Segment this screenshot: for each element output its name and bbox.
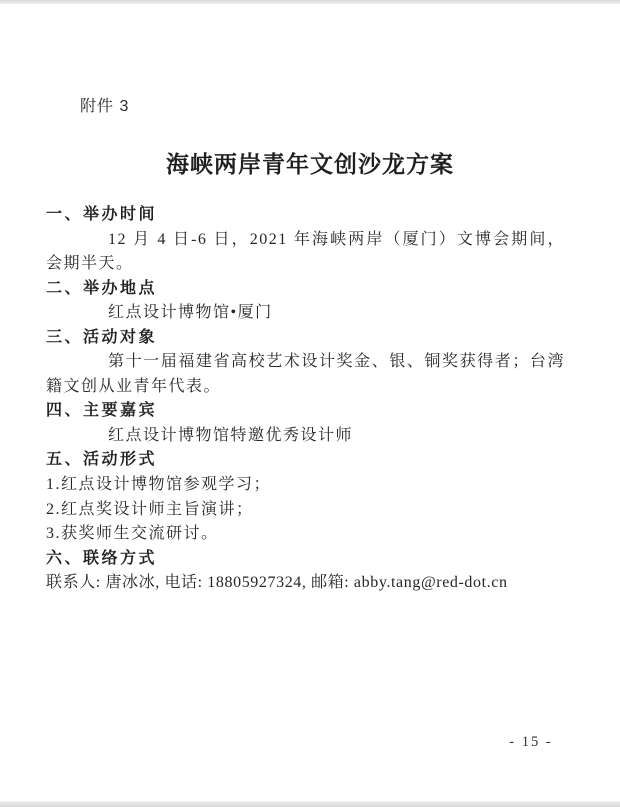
section-heading-2: 二、举办地点 (46, 277, 565, 302)
page-number: - 15 - (503, 734, 559, 751)
contact-line: 联系人: 唐冰冰, 电话: 18805927324, 邮箱: abby.tang… (46, 571, 565, 596)
document-body: 一、举办时间 12 月 4 日-6 日，2021 年海峡两岸（厦门）文博会期间，… (46, 203, 565, 596)
section-paragraph: 红点设计博物馆•厦门 (46, 301, 565, 326)
document-title: 海峡两岸青年文创沙龙方案 (0, 146, 620, 179)
scan-edge-top (0, 0, 620, 4)
attachment-label: 附件 3 (80, 93, 129, 116)
section-paragraph: 12 月 4 日-6 日，2021 年海峡两岸（厦门）文博会期间，会期半天。 (46, 228, 565, 277)
section-heading-1: 一、举办时间 (46, 203, 565, 228)
scan-edge-bottom (0, 801, 620, 807)
numbered-list-item: 2.红点奖设计师主旨演讲； (46, 498, 565, 523)
section-heading-4: 四、主要嘉宾 (46, 399, 565, 424)
section-heading-5: 五、活动形式 (46, 448, 565, 473)
scanned-document-page: 附件 3 海峡两岸青年文创沙龙方案 一、举办时间 12 月 4 日-6 日，20… (0, 0, 620, 807)
section-heading-3: 三、活动对象 (46, 326, 565, 351)
section-paragraph: 红点设计博物馆特邀优秀设计师 (46, 424, 565, 449)
section-heading-6: 六、联络方式 (46, 547, 565, 572)
numbered-list-item: 1.红点设计博物馆参观学习； (46, 473, 565, 498)
numbered-list-item: 3.获奖师生交流研讨。 (46, 522, 565, 547)
section-paragraph: 第十一届福建省高校艺术设计奖金、银、铜奖获得者；台湾籍文创从业青年代表。 (46, 350, 565, 399)
